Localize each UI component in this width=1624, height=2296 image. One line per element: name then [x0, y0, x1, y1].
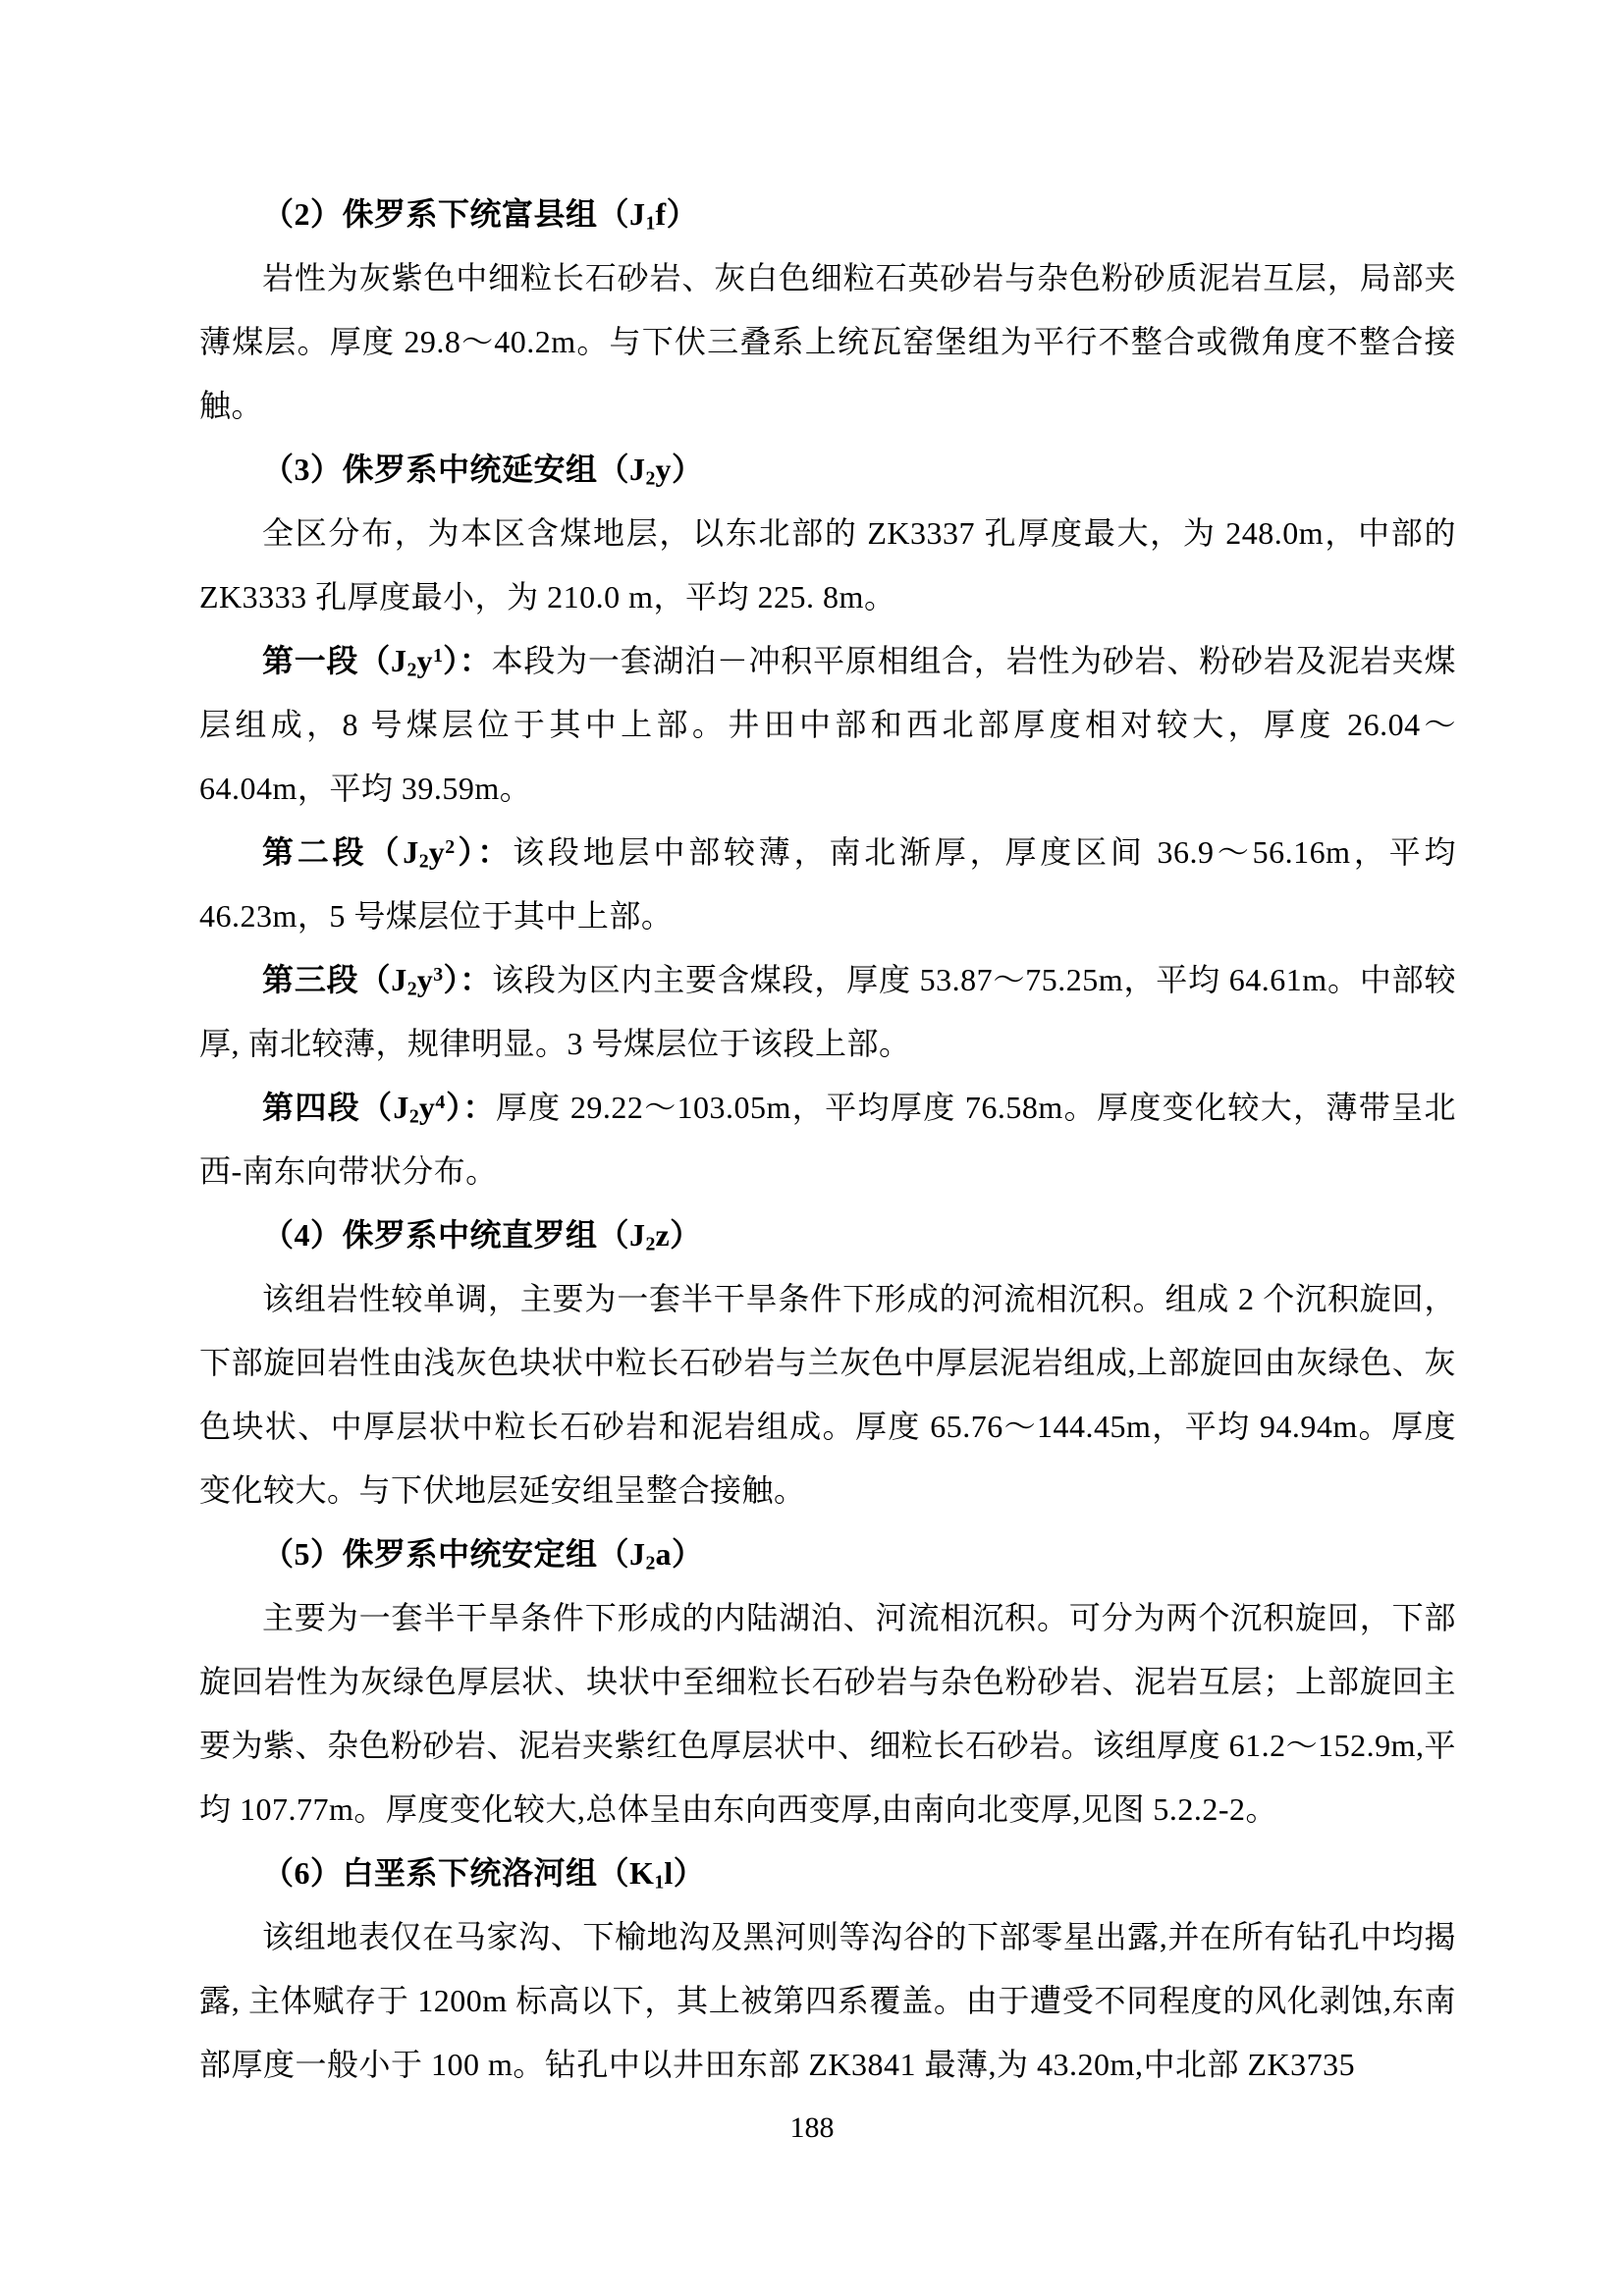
text-run: 3	[433, 964, 443, 986]
text-run: 2	[407, 659, 417, 680]
text-run: y	[416, 643, 433, 678]
text-run: 第四段（J	[262, 1090, 409, 1125]
text-run: 该组地表仅在马家沟、下榆地沟及黑河则等沟谷的下部零星出露,并在所有钻孔中均揭露,…	[199, 1919, 1456, 2082]
text-run: 2	[646, 467, 656, 489]
text-run: （2）侏罗系下统富县组（J	[262, 196, 646, 232]
text-run: （5）侏罗系中统安定组（J	[262, 1536, 646, 1572]
text-run: 2	[646, 1233, 656, 1255]
body-paragraph: 岩性为灰紫色中细粒长石砂岩、灰白色细粒石英砂岩与杂色粉砂质泥岩互层，局部夹薄煤层…	[199, 246, 1456, 438]
text-run: （3）侏罗系中统延安组（J	[262, 452, 646, 487]
text-run: ）：	[455, 834, 513, 870]
body-paragraph: 第一段（J2y1）：本段为一套湖泊－冲积平原相组合，岩性为砂岩、粉砂岩及泥岩夹煤…	[199, 629, 1456, 821]
text-run: 1	[646, 212, 656, 234]
text-run: z）	[655, 1217, 701, 1253]
text-run: 全区分布，为本区含煤地层，以东北部的 ZK3337 孔厚度最大，为 248.0m…	[199, 515, 1456, 614]
body-paragraph: 第四段（J2y4）：厚度 29.22～103.05m，平均厚度 76.58m。厚…	[199, 1076, 1456, 1203]
page-footer: 188	[0, 2110, 1624, 2146]
text-run: 2	[646, 1552, 656, 1574]
text-run: y	[419, 1090, 436, 1125]
text-run: 该组岩性较单调，主要为一套半干旱条件下形成的河流相沉积。组成 2 个沉积旋回，下…	[199, 1281, 1456, 1508]
section-heading: （5）侏罗系中统安定组（J2a）	[199, 1522, 1456, 1586]
body-paragraph: 第三段（J2y3）：该段为区内主要含煤段，厚度 53.87～75.25m，平均 …	[199, 948, 1456, 1076]
text-run: 第一段（J	[262, 643, 407, 678]
text-run: （4）侏罗系中统直罗组（J	[262, 1217, 646, 1253]
section-heading: （3）侏罗系中统延安组（J2y）	[199, 438, 1456, 502]
section-heading: （4）侏罗系中统直罗组（J2z）	[199, 1203, 1456, 1267]
text-run: ）：	[443, 643, 492, 678]
text-run: 岩性为灰紫色中细粒长石砂岩、灰白色细粒石英砂岩与杂色粉砂质泥岩互层，局部夹薄煤层…	[199, 260, 1456, 423]
body-paragraph: 第二段（J2y2）：该段地层中部较薄，南北渐厚，厚度区间 36.9～56.16m…	[199, 821, 1456, 948]
text-run: ）：	[443, 962, 492, 997]
text-run: （6）白垩系下统洛河组（K	[262, 1855, 654, 1891]
text-run: 2	[445, 836, 455, 858]
text-run: y	[429, 834, 446, 870]
text-run: 1	[433, 645, 443, 667]
text-run: 1	[654, 1871, 664, 1893]
body-paragraph: 主要为一套半干旱条件下形成的内陆湖泊、河流相沉积。可分为两个沉积旋回，下部旋回岩…	[199, 1586, 1456, 1842]
text-run: y	[417, 962, 434, 997]
text-run: 2	[419, 850, 429, 872]
page-content: （2）侏罗系下统富县组（J1f）岩性为灰紫色中细粒长石砂岩、灰白色细粒石英砂岩与…	[199, 183, 1456, 2097]
text-run: 第二段（J	[262, 834, 419, 870]
text-run: 2	[407, 978, 417, 999]
body-paragraph: 该组岩性较单调，主要为一套半干旱条件下形成的河流相沉积。组成 2 个沉积旋回，下…	[199, 1267, 1456, 1522]
text-run: a）	[655, 1536, 703, 1572]
text-run: ）：	[445, 1090, 496, 1125]
text-run: y）	[655, 452, 703, 487]
body-paragraph: 全区分布，为本区含煤地层，以东北部的 ZK3337 孔厚度最大，为 248.0m…	[199, 502, 1456, 629]
text-run: f）	[655, 196, 698, 232]
text-run: 主要为一套半干旱条件下形成的内陆湖泊、河流相沉积。可分为两个沉积旋回，下部旋回岩…	[199, 1600, 1456, 1827]
page-number: 188	[790, 2111, 835, 2144]
section-heading: （2）侏罗系下统富县组（J1f）	[199, 183, 1456, 246]
text-run: l）	[664, 1855, 705, 1891]
body-paragraph: 该组地表仅在马家沟、下榆地沟及黑河则等沟谷的下部零星出露,并在所有钻孔中均揭露,…	[199, 1905, 1456, 2097]
text-run: 第三段（J	[262, 962, 407, 997]
document-page: （2）侏罗系下统富县组（J1f）岩性为灰紫色中细粒长石砂岩、灰白色细粒石英砂岩与…	[0, 0, 1624, 2296]
text-run: 2	[409, 1105, 419, 1127]
text-run: 4	[435, 1092, 445, 1113]
section-heading: （6）白垩系下统洛河组（K1l）	[199, 1842, 1456, 1905]
